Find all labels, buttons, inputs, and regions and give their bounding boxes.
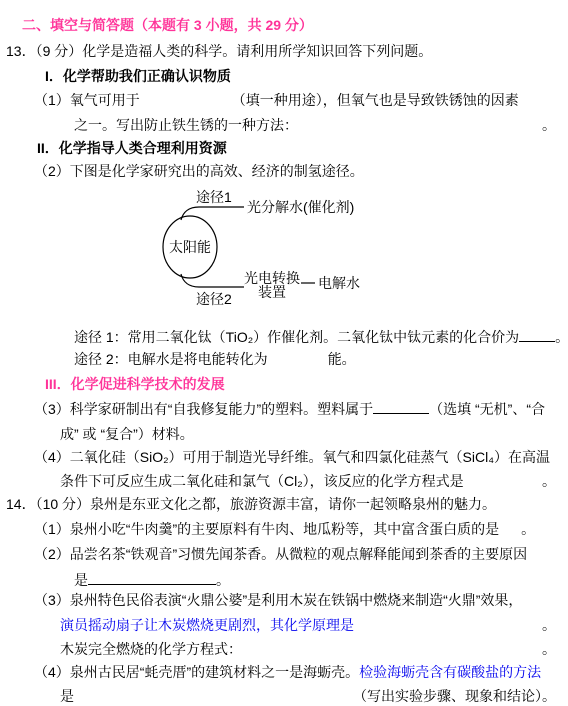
section-header: 二、填空与简答题（本题有 3 小题，共 29 分） [22, 18, 313, 33]
q13-item1-line2: 之一。写出防止铁生锈的一种方法：。 [74, 118, 556, 133]
q13-route2-line: 途径 2：电解水是将电能转化为能。 [74, 352, 356, 367]
photoelectric-converter-label: 光电转换 装置 [243, 271, 301, 299]
period: 。 [542, 474, 556, 489]
q13-route2-text-a: 途径 2：电解水是将电能转化为 [74, 351, 268, 367]
q14-item3-line1: （3）泉州特色民俗表演“火鼎公婆”是利用木炭在铁锅中燃烧来制造“火鼎”效果， [34, 593, 522, 608]
q14-item3-line2: 演员摇动扇子让木炭燃烧更剧烈，其化学原理是。 [60, 618, 556, 633]
answer-gap [499, 533, 521, 534]
solar-energy-label: 太阳能 [169, 240, 211, 254]
q13-route2-text-b: 能。 [328, 351, 356, 367]
q14-item4-highlighted-text: 检验海蛎壳含有碳酸盐的方法 [359, 664, 541, 680]
q14-item2-line1: （2）品尝名茶“铁观音”习惯先闻茶香。从微粒的观点解释能闻到茶香的主要原因 [34, 547, 527, 562]
q14-item4-text-a: 是 [60, 689, 74, 704]
q13-item3-text-b: （选填 “无机”、“合 [429, 401, 545, 417]
period: 。 [542, 118, 556, 133]
q13-item1-text-b: （填一种用途），但氧气也是导致铁锈蚀的因素 [232, 92, 519, 108]
period: 。 [542, 618, 556, 633]
period: 。 [216, 572, 230, 588]
q13-item1-text-c: 之一。写出防止铁生锈的一种方法： [74, 118, 298, 133]
q13-item1-line1: （1）氧气可用于（填一种用途），但氧气也是导致铁锈蚀的因素 [34, 93, 519, 108]
converter-line1: 光电转换 [243, 271, 301, 285]
q13-item3-line1: （3）科学家研制出有“自我修复能力”的塑料。塑料属于（选填 “无机”、“合 [34, 400, 545, 415]
answer-gap [268, 363, 328, 364]
q14-item4-line1: （4）泉州古民居“蚝壳厝”的建筑材料之一是海蛎壳。检验海蛎壳含有碳酸盐的方法 [34, 665, 541, 680]
q14-item4-text-black: （4）泉州古民居“蚝壳厝”的建筑材料之一是海蛎壳。 [34, 664, 359, 680]
answer-blank [88, 571, 216, 585]
electrolysis-label: 电解水 [318, 276, 360, 290]
q13-item1-text-a: （1）氧气可用于 [34, 92, 140, 108]
q14-item3-highlighted-text: 演员摇动扇子让木炭燃烧更剧烈，其化学原理是 [60, 618, 354, 633]
path1-label: 途径1 [196, 190, 232, 204]
q13-stem: 13．（9 分）化学是造福人类的科学。请利用所学知识回答下列问题。 [6, 44, 432, 59]
path1-connector-line [181, 207, 244, 220]
period: 。 [542, 642, 556, 657]
q14-item1-line: （1）泉州小吃“牛肉羹”的主要原料有牛肉、地瓜粉等，其中富含蛋白质的是。 [34, 522, 535, 537]
path2-label: 途径2 [196, 292, 232, 306]
q13-item3-line2: 成” 或 “复合”）材料。 [60, 427, 194, 442]
path2-connector-line [181, 274, 244, 287]
q13-heading-2: II．化学指导人类合理利用资源 [37, 141, 227, 156]
q14-stem: 14．（10 分）泉州是东亚文化之都，旅游资源丰富，请你一起领略泉州的魅力。 [6, 497, 496, 512]
q13-route1-line: 途径 1：常用二氧化钛（TiO₂）作催化剂。二氧化钛中钛元素的化合价为。 [74, 328, 568, 343]
q13-item3-text-a: （3）科学家研制出有“自我修复能力”的塑料。塑料属于 [34, 401, 373, 417]
exam-document-page: 二、填空与简答题（本题有 3 小题，共 29 分） 13．（9 分）化学是造福人… [0, 0, 568, 706]
q13-heading-3: III．化学促进科学技术的发展 [45, 377, 225, 392]
period: 。 [521, 521, 535, 537]
hydrogen-production-diagram: 途径1 光分解水(催化剂) 太阳能 光电转换 装置 电解水 途径2 [140, 188, 410, 310]
q14-item4-text-b: （写出实验步骤、现象和结论）。 [353, 689, 556, 704]
converter-line2: 装置 [243, 285, 301, 299]
q14-item3-text-c: 木炭完全燃烧的化学方程式： [60, 642, 242, 657]
q13-route1-text: 途径 1：常用二氧化钛（TiO₂）作催化剂。二氧化钛中钛元素的化合价为 [74, 329, 519, 345]
q14-item2-text-b: 是 [74, 572, 88, 588]
q13-heading-1: I．化学帮助我们正确认识物质 [45, 69, 231, 84]
q14-item4-line2: 是（写出实验步骤、现象和结论）。 [60, 689, 556, 704]
q13-item4-line1: （4）二氧化硅（SiO₂）可用于制造光导纤维。氧气和四氯化硅蒸气（SiCl₄）在… [34, 450, 550, 465]
answer-gap [140, 104, 232, 105]
period: 。 [555, 329, 568, 345]
q14-item3-line3: 木炭完全燃烧的化学方程式：。 [60, 642, 556, 657]
q14-item1-text: （1）泉州小吃“牛肉羹”的主要原料有牛肉、地瓜粉等，其中富含蛋白质的是 [34, 521, 499, 537]
q13-item2-text: （2）下图是化学家研究出的高效、经济的制氢途径。 [34, 164, 364, 179]
q14-item2-line2: 是。 [74, 571, 230, 586]
q13-item4-line2: 条件下可反应生成二氧化硅和氯气（Cl₂），该反应的化学方程式是。 [60, 474, 556, 489]
answer-blank [519, 328, 555, 342]
path1-text: 光分解水(催化剂) [247, 200, 354, 214]
answer-blank [373, 400, 429, 414]
q13-item4-text-b: 条件下可反应生成二氧化硅和氯气（Cl₂），该反应的化学方程式是 [60, 474, 464, 489]
